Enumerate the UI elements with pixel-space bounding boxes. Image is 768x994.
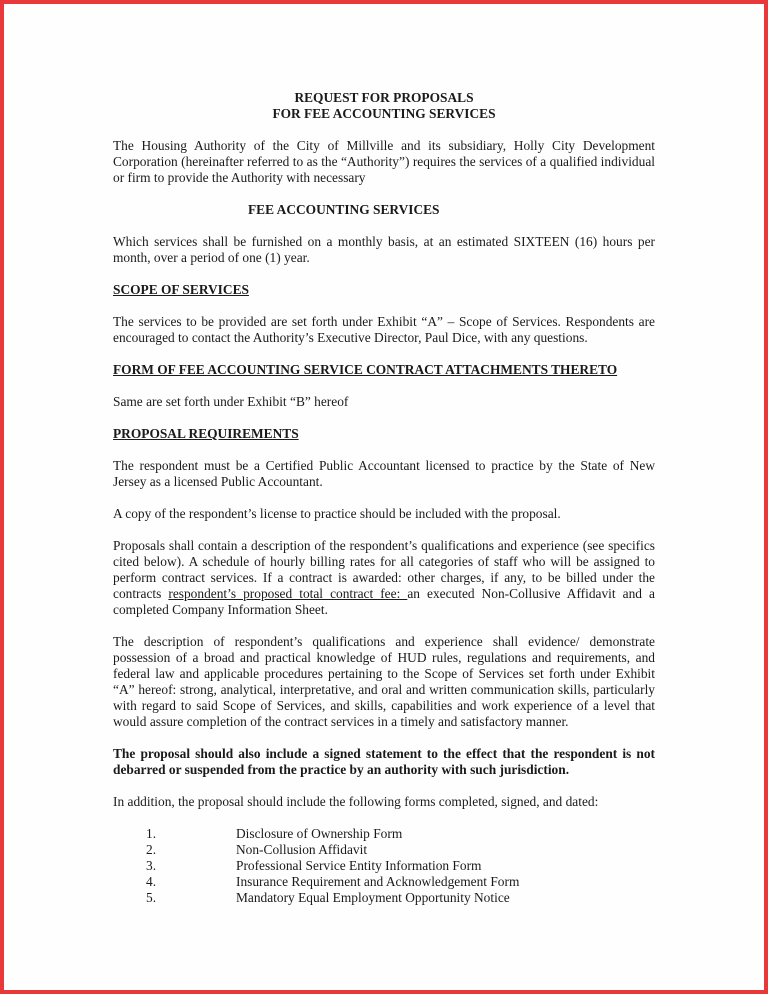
requirements-paragraph-1: The respondent must be a Certified Publi…	[113, 458, 655, 490]
list-item-number: 4.	[113, 874, 236, 890]
list-item-label: Non-Collusion Affidavit	[236, 842, 367, 858]
document-title-line-1: REQUEST FOR PROPOSALS	[113, 90, 655, 106]
list-item-number: 5.	[113, 890, 236, 906]
list-item-label: Disclosure of Ownership Form	[236, 826, 402, 842]
form-heading: FORM OF FEE ACCOUNTING SERVICE CONTRACT …	[113, 362, 655, 378]
list-item: 4. Insurance Requirement and Acknowledge…	[113, 874, 655, 890]
list-item-number: 3.	[113, 858, 236, 874]
requirements-paragraph-2: A copy of the respondent’s license to pr…	[113, 506, 655, 522]
debarment-statement: The proposal should also include a signe…	[113, 746, 655, 778]
document-title-line-2: FOR FEE ACCOUNTING SERVICES	[113, 106, 655, 122]
intro-paragraph: The Housing Authority of the City of Mil…	[113, 138, 655, 186]
list-item-number: 2.	[113, 842, 236, 858]
list-item-number: 1.	[113, 826, 236, 842]
paragraph-3-underlined-text: respondent’s proposed total contract fee…	[168, 586, 407, 601]
list-item-label: Insurance Requirement and Acknowledgemen…	[236, 874, 519, 890]
scope-heading: SCOPE OF SERVICES	[113, 282, 655, 298]
list-item-label: Mandatory Equal Employment Opportunity N…	[236, 890, 510, 906]
form-paragraph: Same are set forth under Exhibit “B” her…	[113, 394, 655, 410]
service-terms-paragraph: Which services shall be furnished on a m…	[113, 234, 655, 266]
list-item: 1. Disclosure of Ownership Form	[113, 826, 655, 842]
document-page: REQUEST FOR PROPOSALS FOR FEE ACCOUNTING…	[113, 90, 655, 906]
requirements-paragraph-4: The description of respondent’s qualific…	[113, 634, 655, 730]
requirements-paragraph-3: Proposals shall contain a description of…	[113, 538, 655, 618]
scope-paragraph: The services to be provided are set fort…	[113, 314, 655, 346]
service-heading: FEE ACCOUNTING SERVICES	[113, 202, 655, 218]
required-forms-list: 1. Disclosure of Ownership Form 2. Non-C…	[113, 826, 655, 906]
list-item: 5. Mandatory Equal Employment Opportunit…	[113, 890, 655, 906]
list-item-label: Professional Service Entity Information …	[236, 858, 481, 874]
requirements-heading: PROPOSAL REQUIREMENTS	[113, 426, 655, 442]
list-item: 3. Professional Service Entity Informati…	[113, 858, 655, 874]
forms-intro: In addition, the proposal should include…	[113, 794, 655, 810]
list-item: 2. Non-Collusion Affidavit	[113, 842, 655, 858]
